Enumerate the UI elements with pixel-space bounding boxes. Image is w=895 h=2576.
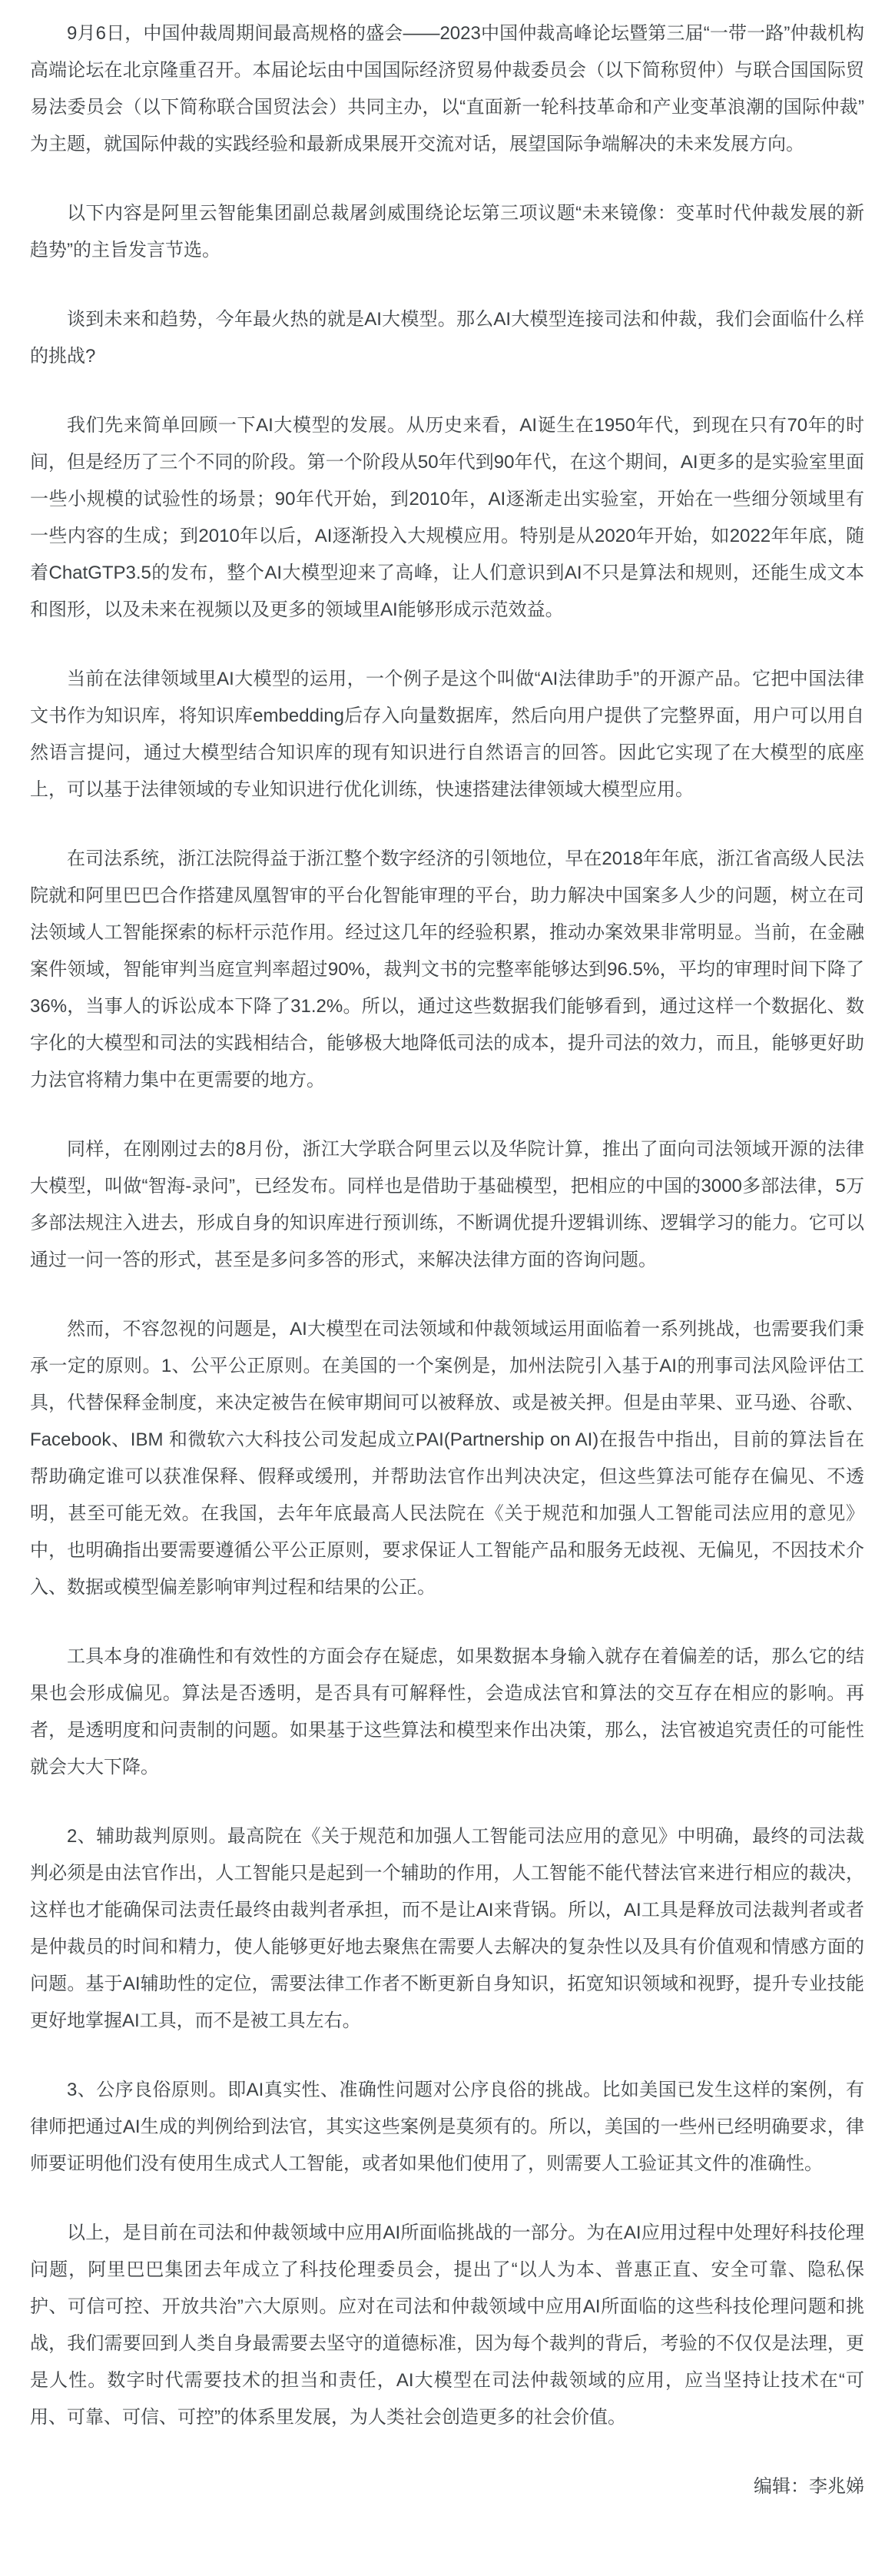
- article-page: 9月6日，中国仲裁周期间最高规格的盛会——2023中国仲裁高峰论坛暨第三届“一带…: [0, 0, 895, 2576]
- article-paragraph: 以上，是目前在司法和仲裁领域中应用AI所面临挑战的一部分。为在AI应用过程中处理…: [30, 2215, 864, 2436]
- article-paragraph: 3、公序良俗原则。即AI真实性、准确性问题对公序良俗的挑战。比如美国已发生这样的…: [30, 2072, 864, 2183]
- article-paragraph: 谈到未来和趋势，今年最火热的就是AI大模型。那么AI大模型连接司法和仲裁，我们会…: [30, 301, 864, 375]
- article-body: 9月6日，中国仲裁周期间最高规格的盛会——2023中国仲裁高峰论坛暨第三届“一带…: [0, 0, 895, 2536]
- article-paragraph: 2、辅助裁判原则。最高院在《关于规范和加强人工智能司法应用的意见》中明确，最终的…: [30, 1818, 864, 2040]
- article-paragraph: 工具本身的准确性和有效性的方面会存在疑虑，如果数据本身输入就存在着偏差的话，那么…: [30, 1638, 864, 1786]
- article-paragraph: 以下内容是阿里云智能集团副总裁屠剑威围绕论坛第三项议题“未来镜像：变革时代仲裁发…: [30, 195, 864, 269]
- article-paragraph: 9月6日，中国仲裁周期间最高规格的盛会——2023中国仲裁高峰论坛暨第三届“一带…: [30, 15, 864, 163]
- article-paragraph: 然而，不容忽视的问题是，AI大模型在司法领域和仲裁领域运用面临着一系列挑战，也需…: [30, 1311, 864, 1606]
- article-paragraph: 当前在法律领域里AI大模型的运用，一个例子是这个叫做“AI法律助手”的开源产品。…: [30, 661, 864, 808]
- editor-byline: 编辑：李兆娣: [30, 2468, 864, 2505]
- article-paragraph: 我们先来简单回顾一下AI大模型的发展。从历史来看，AI诞生在1950年代，到现在…: [30, 407, 864, 629]
- article-paragraph: 在司法系统，浙江法院得益于浙江整个数字经济的引领地位，早在2018年年底，浙江省…: [30, 841, 864, 1099]
- article-paragraph: 同样，在刚刚过去的8月份，浙江大学联合阿里云以及华院计算，推出了面向司法领域开源…: [30, 1131, 864, 1279]
